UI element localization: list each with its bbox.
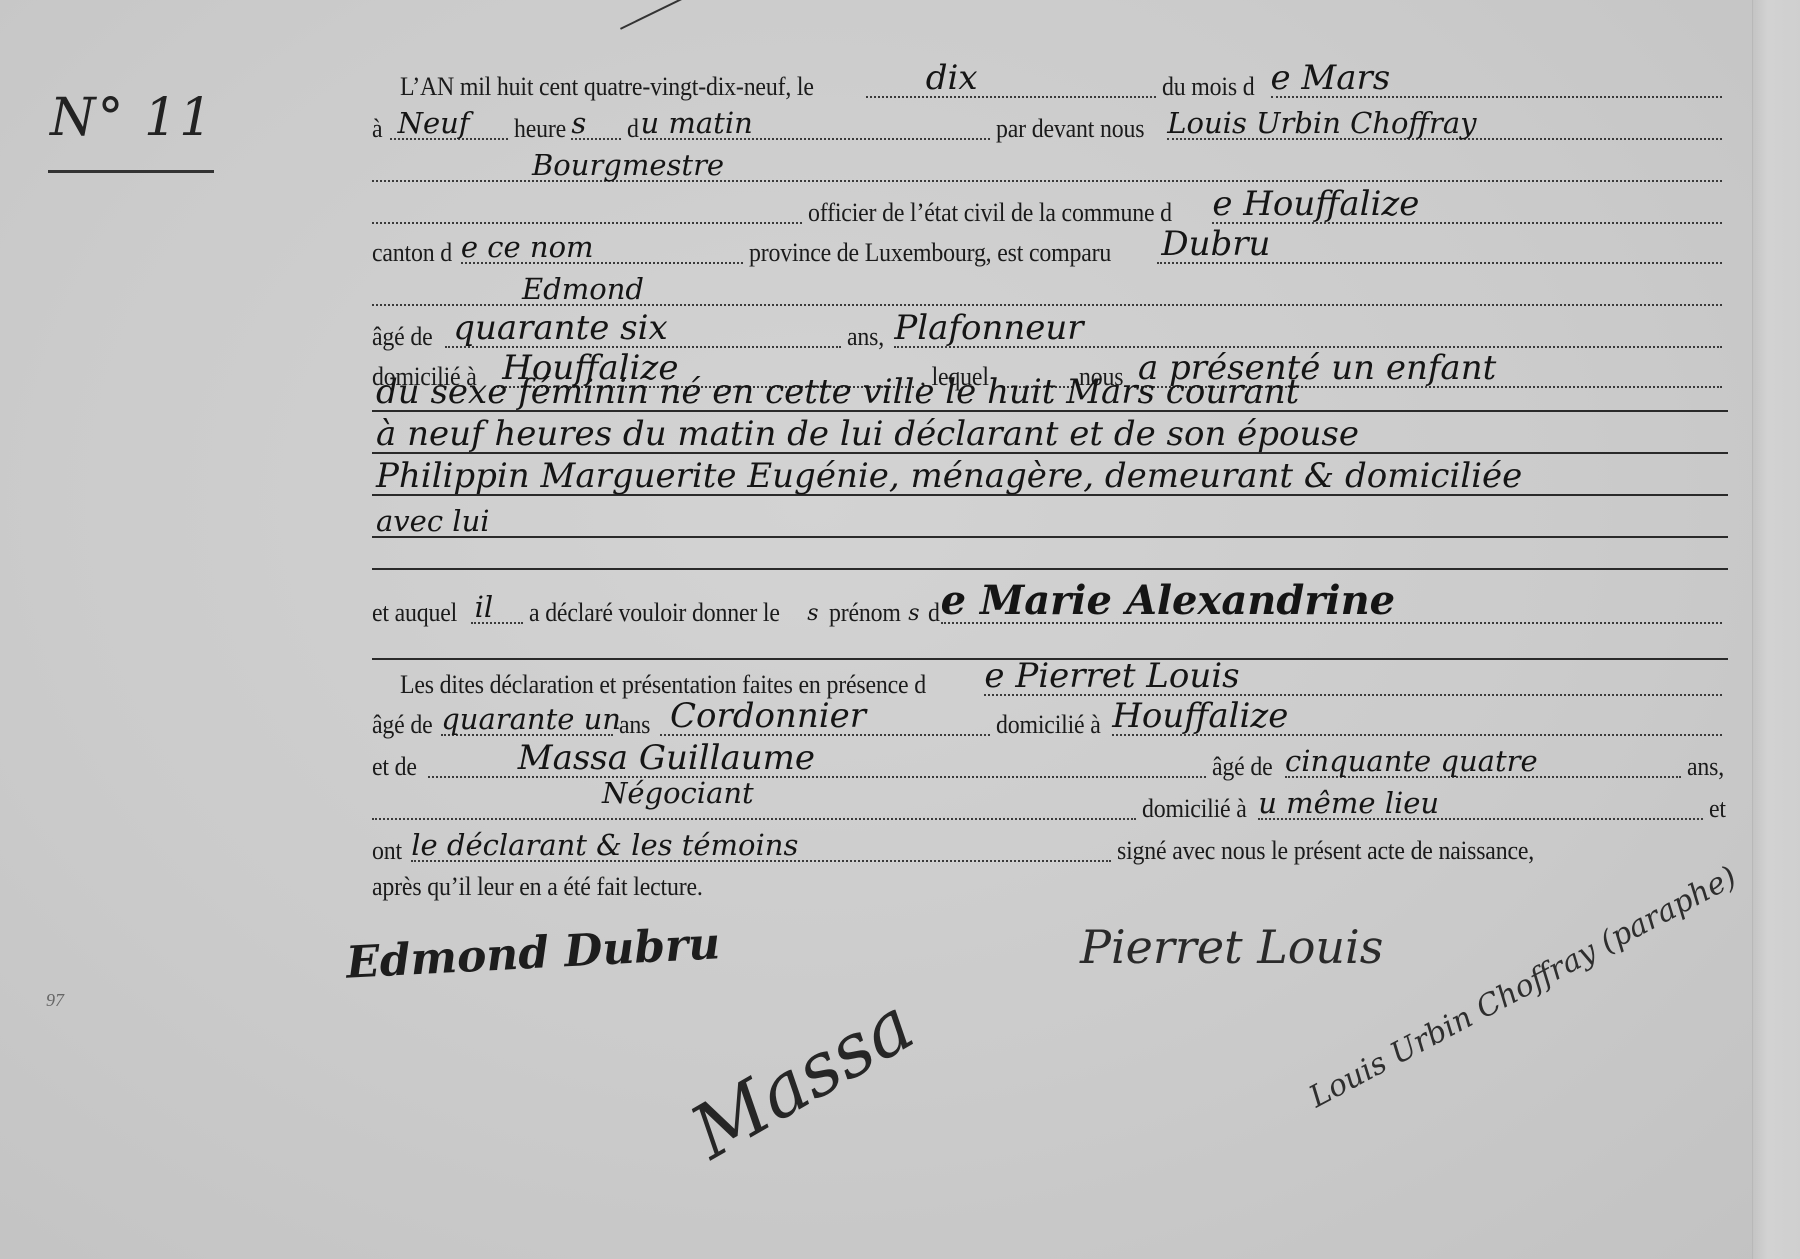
printed-text: domicilié à [996,709,1101,740]
witness2-profession-field: Négociant [372,782,1136,820]
printed-text: par devant nous [996,113,1144,144]
declarant-age-field: quarante six [445,310,841,348]
line-signers: ont le déclarant & les témoins signé ave… [372,826,1728,866]
hour-field: Neuf [390,102,508,140]
printed-text: canton d [372,237,452,268]
printed-text: officier de l’état civil de la commune d [808,197,1172,228]
officer-title-field: Bourgmestre [372,144,1722,182]
signature-witness2: Massa [677,982,928,1176]
printed-text: et de [372,751,417,782]
act-number-underline [48,170,214,173]
civil-register-page: N° 11 97 L’AN mil huit cent quatre-vingt… [0,0,1800,1259]
line-witness2: et de Massa Guillaume âgé de cinquante q… [372,742,1728,782]
witness2-age-field: cinquante quatre [1285,740,1681,778]
signers-field: le déclarant & les témoins [411,824,1111,862]
birth-details-value: du sexe féminin né en cette ville le hui… [376,372,1299,412]
declarant-profession-value: Plafonneur [894,308,1083,348]
witness2-profession-value: Négociant [602,776,754,810]
printed-text: province de Luxembourg, est comparu [749,237,1111,268]
child-names-field: e Marie Alexandrine [941,586,1722,624]
line-witness2-details: Négociant domicilié à u même lieu et [372,784,1728,824]
witness1-residence-value: Houffalize [1112,696,1288,736]
mother-cont-value: avec lui [376,504,490,538]
witness1-age-value: quarante un [441,702,621,736]
line-date: L’AN mil huit cent quatre-vingt-dix-neuf… [400,62,1728,102]
declarant-surname-value: Dubru [1161,224,1270,264]
printed-text: ans, [1687,751,1724,782]
witness1-profession-value: Cordonnier [670,696,866,736]
line-mother-cont: avec lui [372,498,1728,538]
printed-text: ans [619,709,650,740]
line-declarant-firstname: Edmond [372,270,1728,310]
margin-note: 97 [46,990,64,1011]
line-officer-title: Bourgmestre [372,146,1728,186]
witness2-value: Massa Guillaume [518,738,815,778]
commune-field: e Houffalize [1212,186,1722,224]
witness2-residence-field: u même lieu [1258,782,1703,820]
period-value: u matin [640,106,752,140]
printed-text: prénom [829,597,901,628]
printed-text: âgé de [372,321,432,352]
canton-field: e ce nom [461,226,743,264]
printed-text: âgé de [372,709,432,740]
printed-text: après qu’il leur en a été fait lecture. [372,871,703,902]
day-field: dix [866,60,1156,98]
printed-text: domicilié à [1142,793,1247,824]
printed-text: a déclaré vouloir donner le [529,597,780,628]
line-birth-details: du sexe féminin né en cette ville le hui… [372,372,1728,412]
line-witness1: Les dites déclaration et présentation fa… [400,660,1728,700]
line-witness1-details: âgé de quarante un ans Cordonnier domici… [372,700,1728,740]
witness2-age-value: cinquante quatre [1285,744,1538,778]
printed-text: d [627,113,639,144]
line-time-officer: à Neuf heure s d u matin par devant nous… [372,104,1728,144]
pronoun-value: il [475,590,494,624]
declarant-firstname-value: Edmond [522,272,644,306]
canton-value: e ce nom [461,230,594,264]
line-birth-time: à neuf heures du matin de lui déclarant … [372,414,1728,454]
line-canton: canton d e ce nom province de Luxembourg… [372,228,1728,268]
page-edge [1752,0,1800,1259]
printed-text: ans, [847,321,884,352]
ink-stroke [620,0,702,30]
printed-text: et [1709,793,1726,824]
signature-witness1: Pierret Louis [1080,920,1383,974]
declarant-firstname-field: Edmond [372,268,1722,306]
line-declarant-age: âgé de quarante six ans, Plafonneur [372,312,1728,352]
printed-text: du mois d [1162,71,1254,102]
officer-title-value: Bourgmestre [532,148,724,182]
hours-plural-field: s [571,102,621,140]
hour-value: Neuf [398,106,470,140]
month-field: e Mars [1271,60,1723,98]
declarant-age-value: quarante six [453,308,667,348]
witness2-residence-value: u même lieu [1258,786,1439,820]
declarant-profession-field: Plafonneur [894,310,1722,348]
blank-rule [372,568,1728,570]
plural-s: s [807,601,818,626]
witness1-value: e Pierret Louis [984,656,1239,696]
commune-value: e Houffalize [1212,184,1419,224]
act-number: N° 11 [50,88,214,148]
blank-field [372,186,802,224]
declarant-surname-field: Dubru [1157,226,1722,264]
month-value: e Mars [1271,58,1391,98]
line-commune: officier de l’état civil de la commune d… [372,188,1728,228]
line-mother: Philippin Marguerite Eugénie, ménagère, … [372,456,1728,496]
signature-declarant: Edmond Dubru [345,918,722,989]
printed-text: heure [514,113,566,144]
pronoun-field: il [471,586,523,624]
printed-text: L’AN mil huit cent quatre-vingt-dix-neuf… [400,71,814,102]
period-field: u matin [640,102,990,140]
witness1-field: e Pierret Louis [984,658,1722,696]
plural-s: s [908,601,919,626]
printed-text: âgé de [1212,751,1272,782]
officer-name-field: Louis Urbin Choffray [1167,102,1722,140]
witness1-residence-field: Houffalize [1112,698,1722,736]
witness1-profession-field: Cordonnier [660,698,990,736]
line-child-names: et auquel il a déclaré vouloir donner le… [372,588,1728,628]
printed-text: à [372,113,382,144]
witness1-age-field: quarante un [441,698,613,736]
signers-value: le déclarant & les témoins [411,828,798,862]
line-reading: après qu’il leur en a été fait lecture. [372,862,1728,902]
child-names-value: e Marie Alexandrine [941,577,1396,624]
birth-time-value: à neuf heures du matin de lui déclarant … [376,414,1359,454]
officer-name-value: Louis Urbin Choffray [1167,106,1476,140]
witness2-field: Massa Guillaume [428,740,1206,778]
plural-value: s [571,106,586,140]
printed-text: et auquel [372,597,457,628]
day-value: dix [926,58,978,98]
printed-text: d [928,597,940,628]
mother-value: Philippin Marguerite Eugénie, ménagère, … [376,456,1522,496]
